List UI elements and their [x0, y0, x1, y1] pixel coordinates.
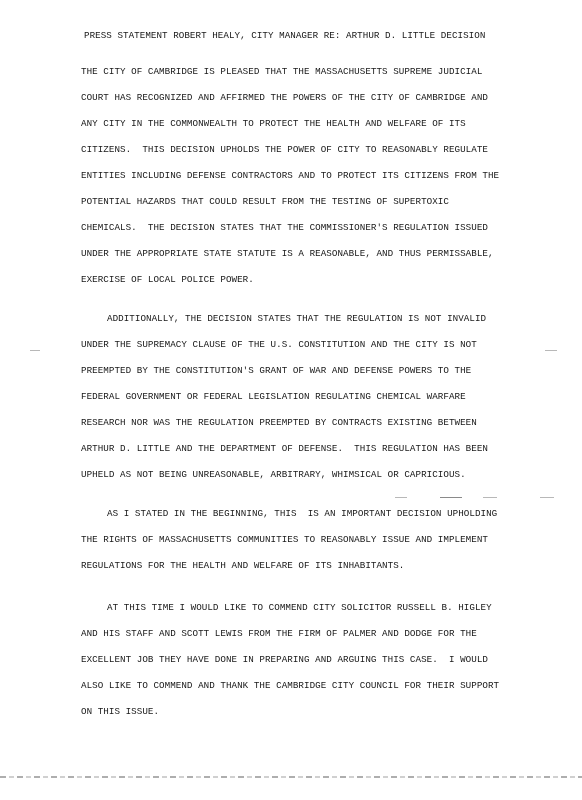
- text-line: REGULATIONS FOR THE HEALTH AND WELFARE O…: [81, 560, 404, 572]
- text-line: ANY CITY IN THE COMMONWEALTH TO PROTECT …: [81, 118, 466, 130]
- scan-artifact: [440, 497, 462, 498]
- text-line: EXERCISE OF LOCAL POLICE POWER.: [81, 274, 254, 286]
- text-line: PREEMPTED BY THE CONSTITUTION'S GRANT OF…: [81, 365, 471, 377]
- text-line: CITIZENS. THIS DECISION UPHOLDS THE POWE…: [81, 144, 488, 156]
- scan-artifact: [395, 497, 407, 498]
- text-line: ARTHUR D. LITTLE AND THE DEPARTMENT OF D…: [81, 443, 488, 455]
- text-line: THE RIGHTS OF MASSACHUSETTS COMMUNITIES …: [81, 534, 488, 546]
- scan-edge-rule: [0, 776, 582, 778]
- text-line: UNDER THE SUPREMACY CLAUSE OF THE U.S. C…: [81, 339, 477, 351]
- text-line: ENTITIES INCLUDING DEFENSE CONTRACTORS A…: [81, 170, 499, 182]
- document-page: PRESS STATEMENT ROBERT HEALY, CITY MANAG…: [0, 0, 582, 800]
- text-line: POTENTIAL HAZARDS THAT COULD RESULT FROM…: [81, 196, 449, 208]
- text-line: EXCELLENT JOB THEY HAVE DONE IN PREPARIN…: [81, 654, 488, 666]
- scan-artifact: [545, 350, 557, 351]
- text-line: CHEMICALS. THE DECISION STATES THAT THE …: [81, 222, 488, 234]
- text-line: ALSO LIKE TO COMMEND AND THANK THE CAMBR…: [81, 680, 499, 692]
- text-line: ADDITIONALLY, THE DECISION STATES THAT T…: [107, 313, 486, 325]
- document-title: PRESS STATEMENT ROBERT HEALY, CITY MANAG…: [84, 30, 485, 42]
- text-line: FEDERAL GOVERNMENT OR FEDERAL LEGISLATIO…: [81, 391, 466, 403]
- text-line: AS I STATED IN THE BEGINNING, THIS IS AN…: [107, 508, 497, 520]
- text-line: RESEARCH NOR WAS THE REGULATION PREEMPTE…: [81, 417, 477, 429]
- scan-artifact: [30, 350, 40, 351]
- text-line: UNDER THE APPROPRIATE STATE STATUTE IS A…: [81, 248, 494, 260]
- text-line: AT THIS TIME I WOULD LIKE TO COMMEND CIT…: [107, 602, 492, 614]
- scan-artifact: [540, 497, 554, 498]
- text-line: ON THIS ISSUE.: [81, 706, 159, 718]
- text-line: COURT HAS RECOGNIZED AND AFFIRMED THE PO…: [81, 92, 488, 104]
- text-line: AND HIS STAFF AND SCOTT LEWIS FROM THE F…: [81, 628, 477, 640]
- scan-artifact: [483, 497, 497, 498]
- text-line: THE CITY OF CAMBRIDGE IS PLEASED THAT TH…: [81, 66, 482, 78]
- text-line: UPHELD AS NOT BEING UNREASONABLE, ARBITR…: [81, 469, 466, 481]
